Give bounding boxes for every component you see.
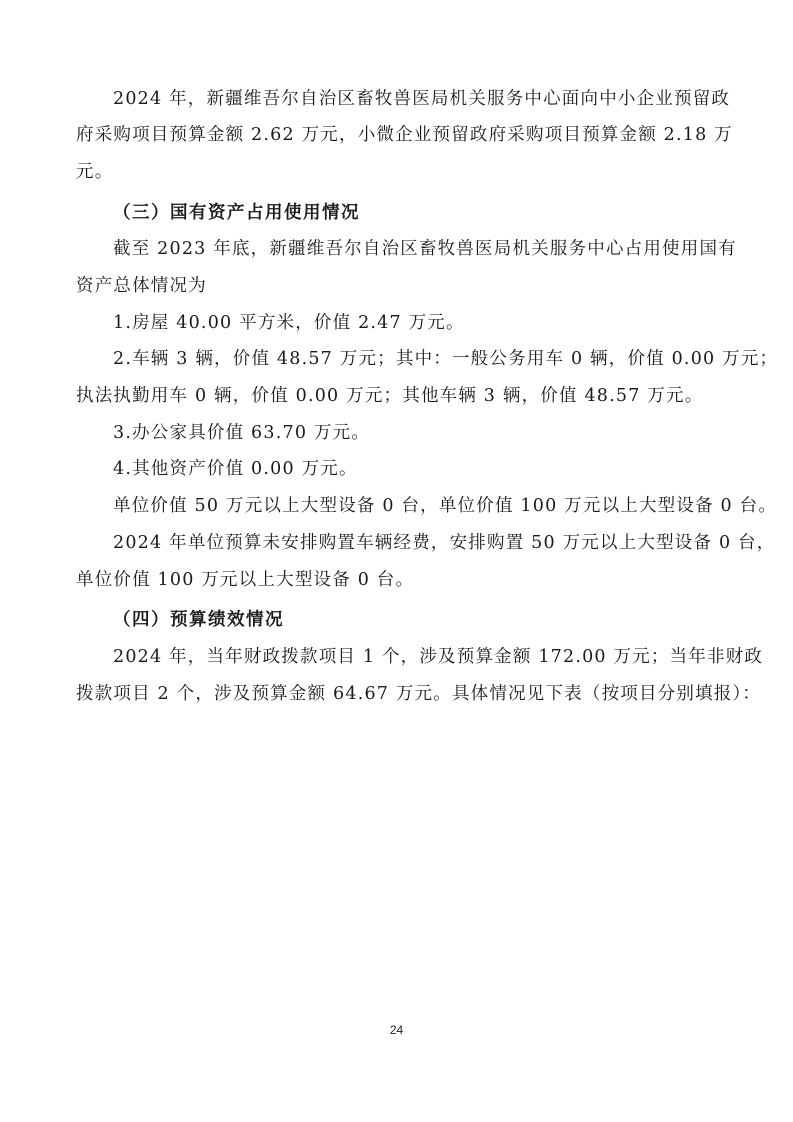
- paragraph-line: 元。: [76, 161, 113, 183]
- paragraph-line: 单位价值 100 万元以上大型设备 0 台。: [76, 569, 414, 591]
- paragraph-line: 2024 年单位预算未安排购置车辆经费，安排购置 50 万元以上大型设备 0 台…: [113, 532, 775, 554]
- paragraph-line: 2024 年，新疆维吾尔自治区畜牧兽医局机关服务中心面向中小企业预留政: [113, 88, 730, 110]
- paragraph-line: 截至 2023 年底，新疆维吾尔自治区畜牧兽医局机关服务中心占用使用国有: [113, 238, 737, 260]
- list-item: 3.办公家具价值 63.70 万元。: [113, 422, 370, 444]
- list-item: 1.房屋 40.00 平方米，价值 2.47 万元。: [113, 312, 465, 334]
- section-heading: （四）预算绩效情况: [113, 609, 284, 631]
- paragraph-line: 资产总体情况为: [76, 275, 207, 297]
- document-page: 2024 年，新疆维吾尔自治区畜牧兽医局机关服务中心面向中小企业预留政 府采购项…: [0, 0, 793, 1122]
- section-heading: （三）国有资产占用使用情况: [113, 202, 360, 224]
- paragraph-line: 2024 年，当年财政拨款项目 1 个，涉及预算金额 172.00 万元；当年非…: [113, 646, 763, 668]
- list-item: 2.车辆 3 辆，价值 48.57 万元；其中：一般公务用车 0 辆，价值 0.…: [113, 348, 778, 370]
- paragraph-line: 府采购项目预算金额 2.62 万元，小微企业预留政府采购项目预算金额 2.18 …: [76, 124, 733, 146]
- list-item: 4.其他资产价值 0.00 万元。: [113, 458, 358, 480]
- paragraph-line: 单位价值 50 万元以上大型设备 0 台，单位价值 100 万元以上大型设备 0…: [113, 495, 777, 517]
- paragraph-line: 拨款项目 2 个，涉及预算金额 64.67 万元。具体情况见下表（按项目分别填报…: [76, 683, 761, 705]
- page-number: 24: [0, 1023, 793, 1037]
- paragraph-line: 执法执勤用车 0 辆，价值 0.00 万元；其他车辆 3 辆，价值 48.57 …: [76, 385, 703, 407]
